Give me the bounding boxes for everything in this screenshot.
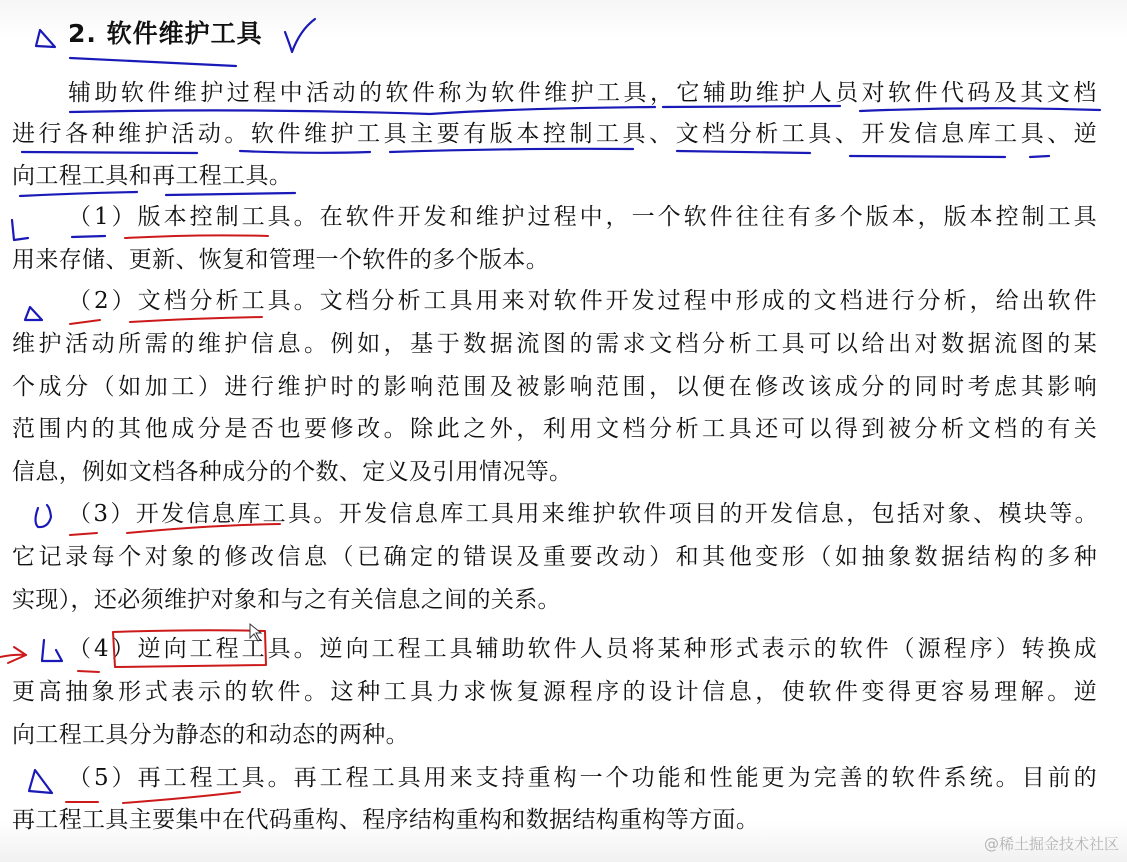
text-line: 个成分（如加工）进行维护时的影响范围及被影响范围，以便在修改该成分的同时考虑其影… bbox=[12, 372, 1100, 402]
triangle-mark-icon bbox=[29, 770, 52, 793]
text-line: 向工程工具分为静态的和动态的两种。 bbox=[12, 720, 409, 750]
text-line: （3）开发信息库工具。开发信息库工具用来维护软件项目的开发信息，包括对象、模块等… bbox=[68, 499, 1100, 529]
arrow-right-icon bbox=[0, 655, 26, 657]
text-line: （2）文档分析工具。文档分析工具用来对软件开发过程中形成的文档进行分析，给出软件 bbox=[68, 286, 1100, 316]
text-line: 范围内的其他成分是否也要修改。除此之外，利用文档分析工具还可以得到被分析文档的有… bbox=[12, 414, 1100, 444]
text-line: 进行各种维护活动。软件维护工具主要有版本控制工具、文档分析工具、开发信息库工具、… bbox=[12, 119, 1100, 149]
text-line: （1）版本控制工具。在软件开发和维护过程中，一个软件往往有多个版本，版本控制工具 bbox=[68, 202, 1100, 232]
text-line: （4）逆向工程工具。逆向工程工具辅助软件人员将某种形式表示的软件（源程序）转换成 bbox=[68, 634, 1100, 664]
watermark: @稀土掘金技术社区 bbox=[984, 833, 1119, 854]
triangle-mark-icon bbox=[12, 220, 28, 240]
document-page: 2. 软件维护工具 辅助软件维护过程中活动的软件称为软件维护工具，它辅助维护人员… bbox=[0, 0, 1127, 862]
text-line: 再工程工具主要集中在代码重构、程序结构重构和数据结构重构等方面。 bbox=[12, 805, 759, 835]
text-line: 信息，例如文档各种成分的个数、定义及引用情况等。 bbox=[12, 457, 572, 487]
triangle-mark-icon bbox=[25, 307, 42, 320]
text-line: 向工程工具和再工程工具。 bbox=[12, 161, 292, 191]
triangle-mark-icon bbox=[36, 30, 55, 47]
section-heading: 2. 软件维护工具 bbox=[68, 14, 263, 50]
triangle-mark-icon bbox=[42, 640, 62, 661]
text-line: 维护活动所需的维护信息。例如，基于数据流图的需求文档分析工具可以给出对数据流图的… bbox=[12, 329, 1100, 359]
triangle-mark-icon bbox=[36, 505, 52, 527]
text-line: 更高抽象形式表示的软件。这种工具力求恢复源程序的设计信息，使软件变得更容易理解。… bbox=[12, 677, 1100, 707]
text-line: 辅助软件维护过程中活动的软件称为软件维护工具，它辅助维护人员对软件代码及其文档 bbox=[68, 78, 1100, 108]
text-line: （5）再工程工具。再工程工具用来支持重构一个功能和性能更为完善的软件系统。目前的 bbox=[68, 763, 1100, 793]
text-line: 实现），还必须维护对象和与之有关信息之间的关系。 bbox=[12, 585, 561, 615]
text-line: 它记录每个对象的修改信息（已确定的错误及重要改动）和其他变形（如抽象数据结构的多… bbox=[12, 542, 1100, 572]
text-line: 用来存储、更新、恢复和管理一个软件的多个版本。 bbox=[12, 245, 549, 275]
checkmark-icon bbox=[285, 19, 315, 52]
